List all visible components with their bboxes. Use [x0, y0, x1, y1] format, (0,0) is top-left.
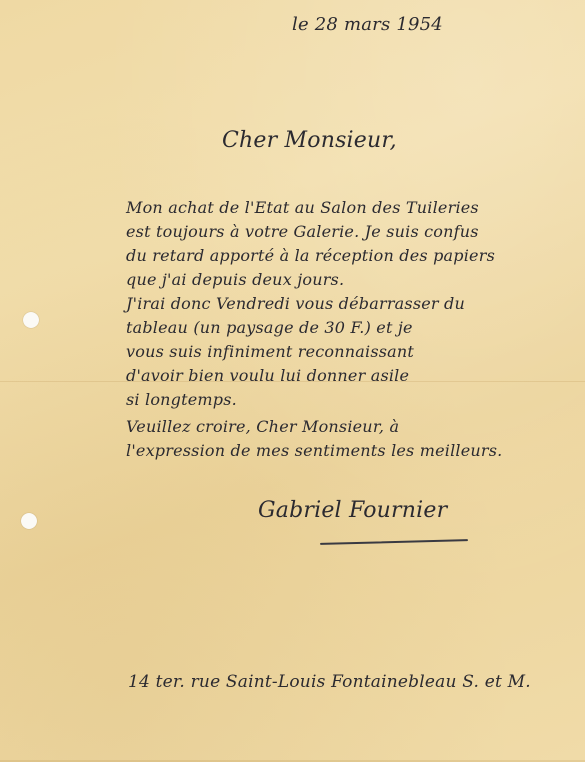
letter-salutation: Cher Monsieur,	[222, 128, 397, 153]
signature: Gabriel Fournier	[258, 498, 447, 523]
body-line: J'irai donc Vendredi vous débarrasser du	[126, 292, 465, 316]
letter-date: le 28 mars 1954	[292, 14, 443, 35]
letter-paper: le 28 mars 1954 Cher Monsieur, Mon achat…	[0, 0, 585, 762]
body-line: vous suis infiniment reconnaissant	[126, 340, 414, 364]
body-line: Mon achat de l'Etat au Salon des Tuileri…	[126, 196, 479, 220]
body-line: d'avoir bien voulu lui donner asile	[126, 364, 409, 388]
sender-address: 14 ter. rue Saint-Louis Fontainebleau S.…	[128, 672, 531, 692]
body-line: l'expression de mes sentiments les meill…	[126, 439, 502, 463]
body-line: du retard apporté à la réception des pap…	[126, 244, 495, 268]
body-line: Veuillez croire, Cher Monsieur, à	[126, 415, 399, 439]
signature-underline	[320, 539, 468, 544]
body-line: si longtemps.	[126, 388, 237, 412]
body-line: est toujours à votre Galerie. Je suis co…	[126, 220, 479, 244]
body-line: tableau (un paysage de 30 F.) et je	[126, 316, 413, 340]
body-line: que j'ai depuis deux jours.	[126, 268, 344, 292]
punch-hole-bottom	[21, 513, 37, 529]
punch-hole-top	[23, 312, 39, 328]
